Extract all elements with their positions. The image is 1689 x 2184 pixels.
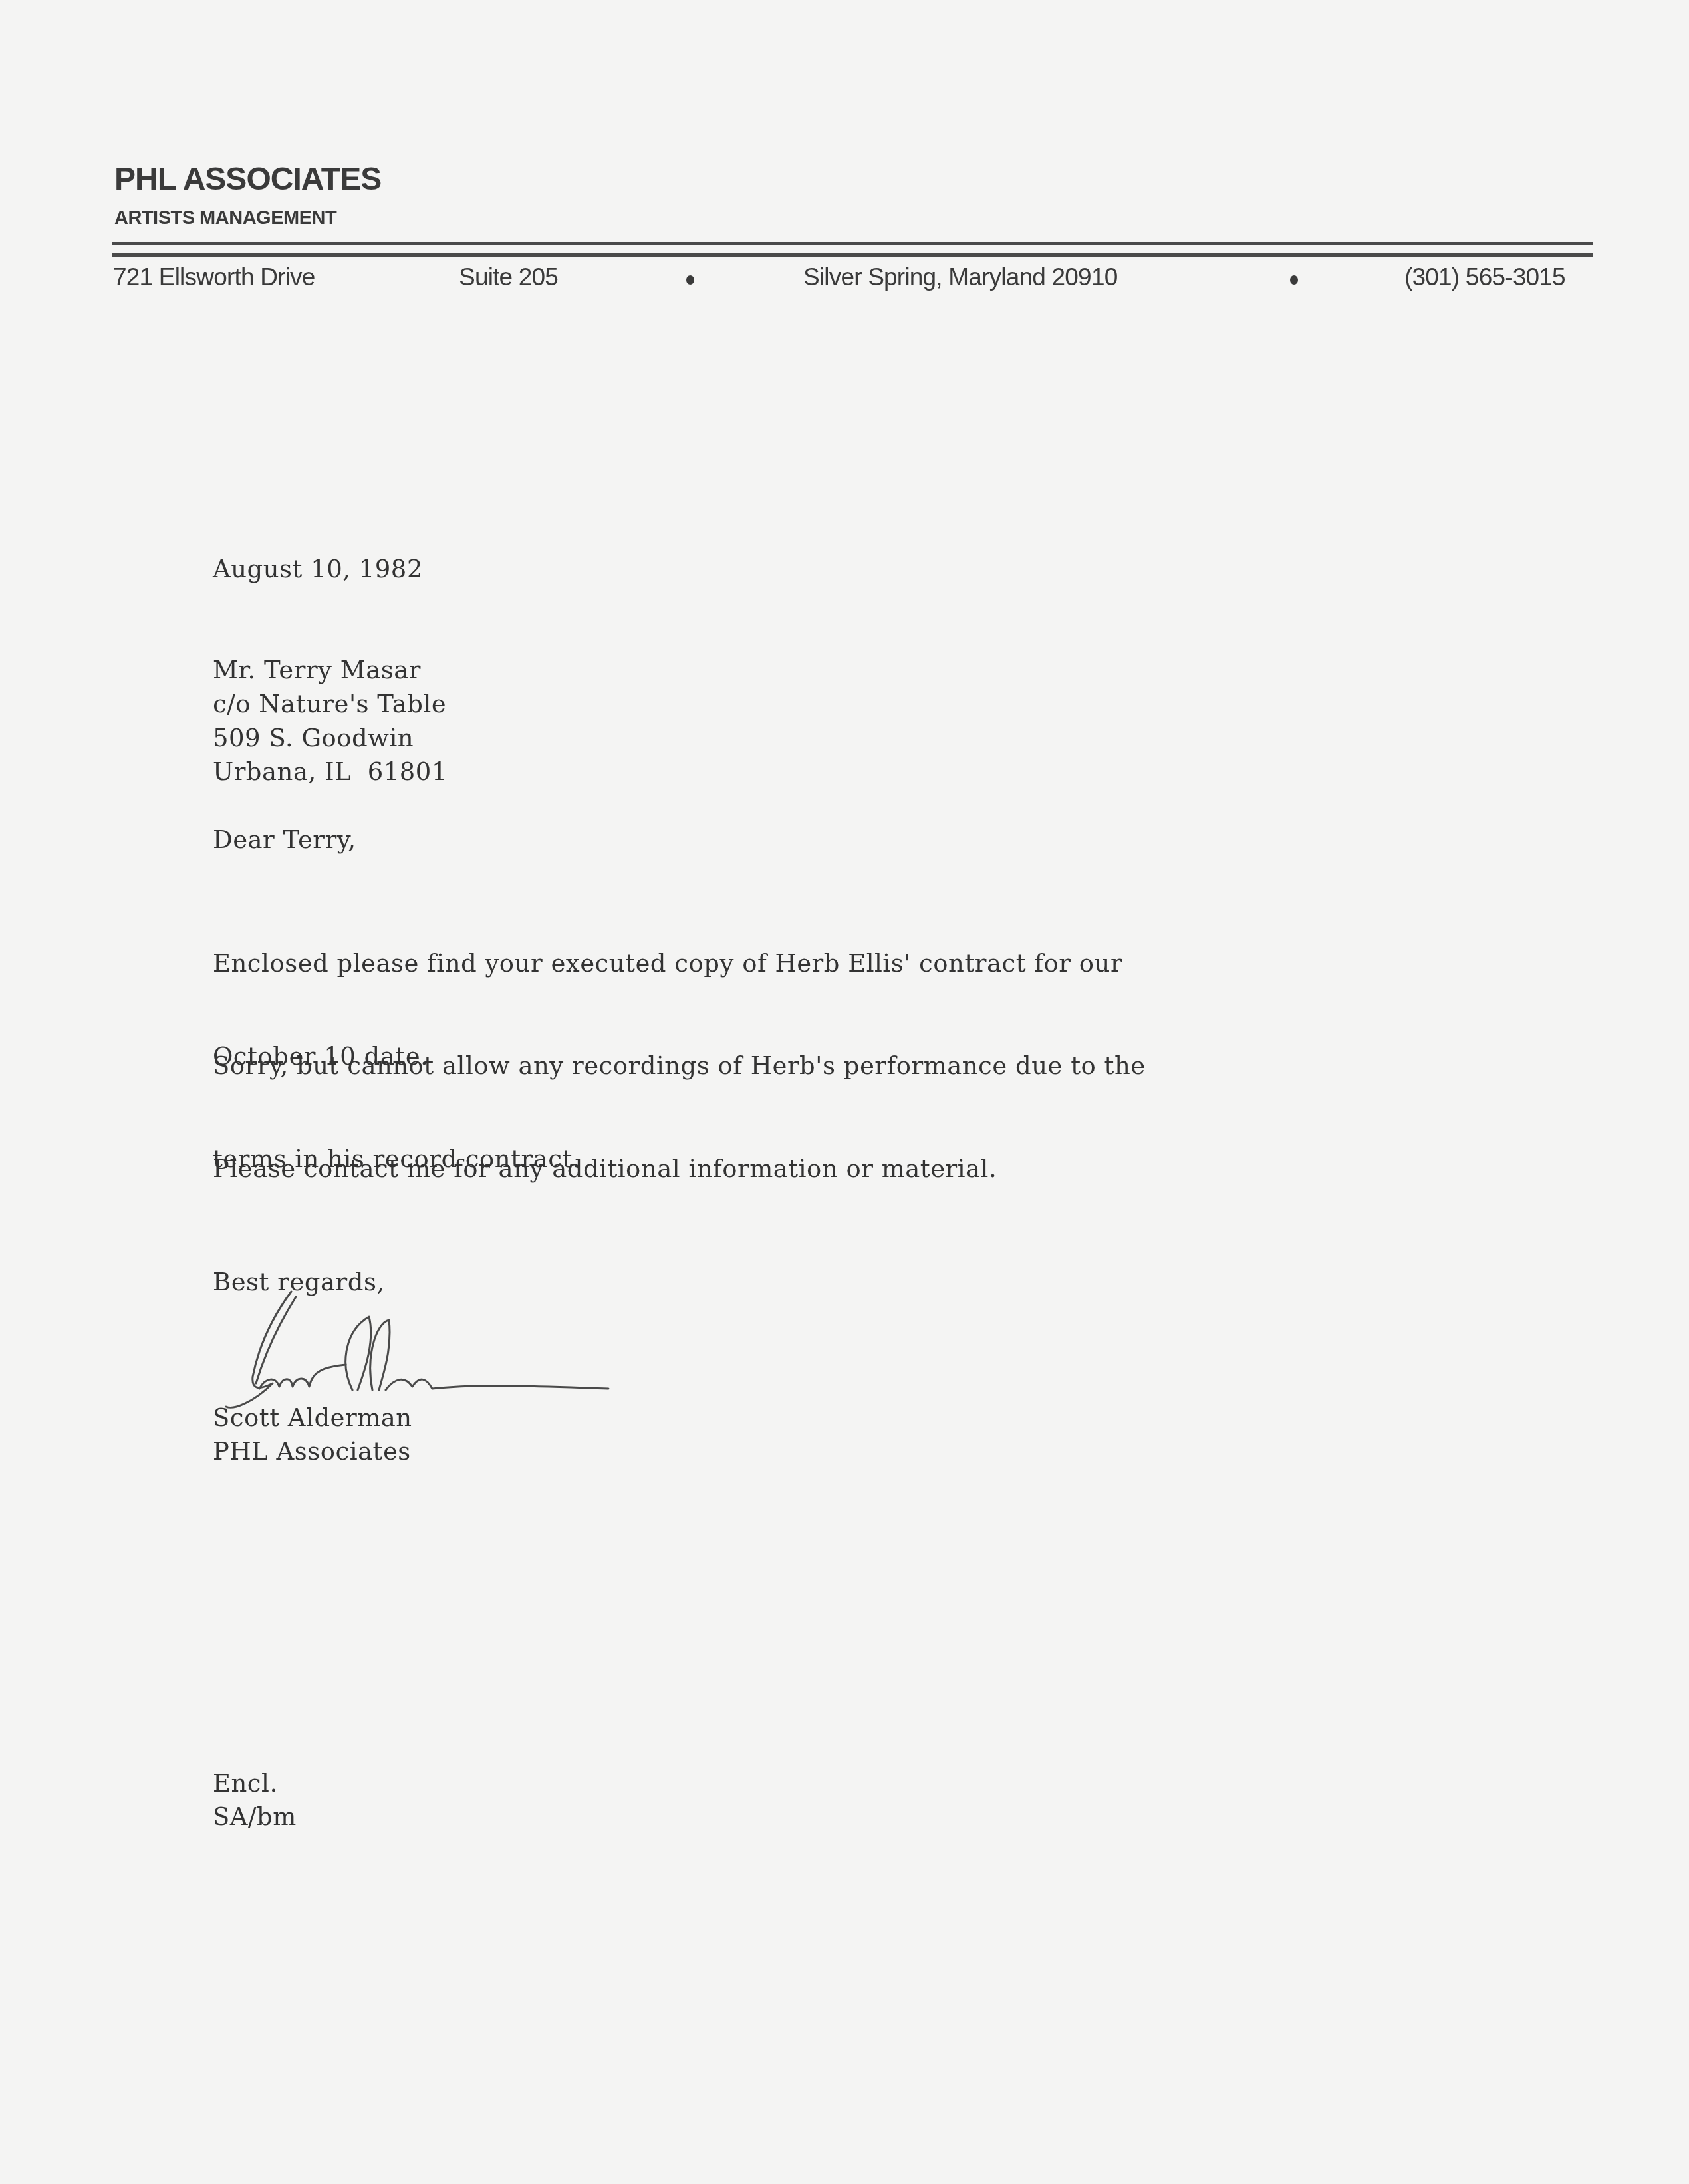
letter-page: PHL ASSOCIATES ARTISTS MANAGEMENT 721 El… [0, 0, 1689, 2184]
letterhead-suite: Suite 205 [459, 263, 558, 291]
recipient-care-of: c/o Nature's Table [213, 690, 446, 718]
paragraph: Please contact me for any additional inf… [213, 1094, 997, 1244]
salutation: Dear Terry, [213, 825, 356, 854]
enclosure-note: Encl. [213, 1769, 278, 1798]
bullet-icon [1290, 275, 1298, 285]
signature-icon [213, 1277, 625, 1410]
letterhead-subtitle: ARTISTS MANAGEMENT [114, 207, 336, 229]
bullet-icon [686, 275, 694, 285]
letterhead-phone: (301) 565-3015 [1404, 263, 1565, 291]
letterhead-city: Silver Spring, Maryland 20910 [803, 263, 1117, 291]
letterhead-street: 721 Ellsworth Drive [113, 263, 315, 291]
typist-initials: SA/bm [213, 1802, 297, 1831]
paragraph-line: Sorry, but cannot allow any recordings o… [213, 1048, 1146, 1084]
signer-name: Scott Alderman [213, 1403, 412, 1432]
recipient-name: Mr. Terry Masar [213, 656, 421, 684]
signer-company: PHL Associates [213, 1437, 411, 1466]
letterhead-rule-top [112, 242, 1593, 245]
recipient-city: Urbana, IL 61801 [213, 757, 448, 786]
letter-date: August 10, 1982 [213, 555, 423, 583]
paragraph-line: Enclosed please find your executed copy … [213, 946, 1122, 982]
paragraph-line: Please contact me for any additional inf… [213, 1151, 997, 1187]
letterhead-company: PHL ASSOCIATES [114, 161, 381, 198]
recipient-street: 509 S. Goodwin [213, 724, 414, 752]
letterhead-rule-bottom [112, 253, 1593, 257]
